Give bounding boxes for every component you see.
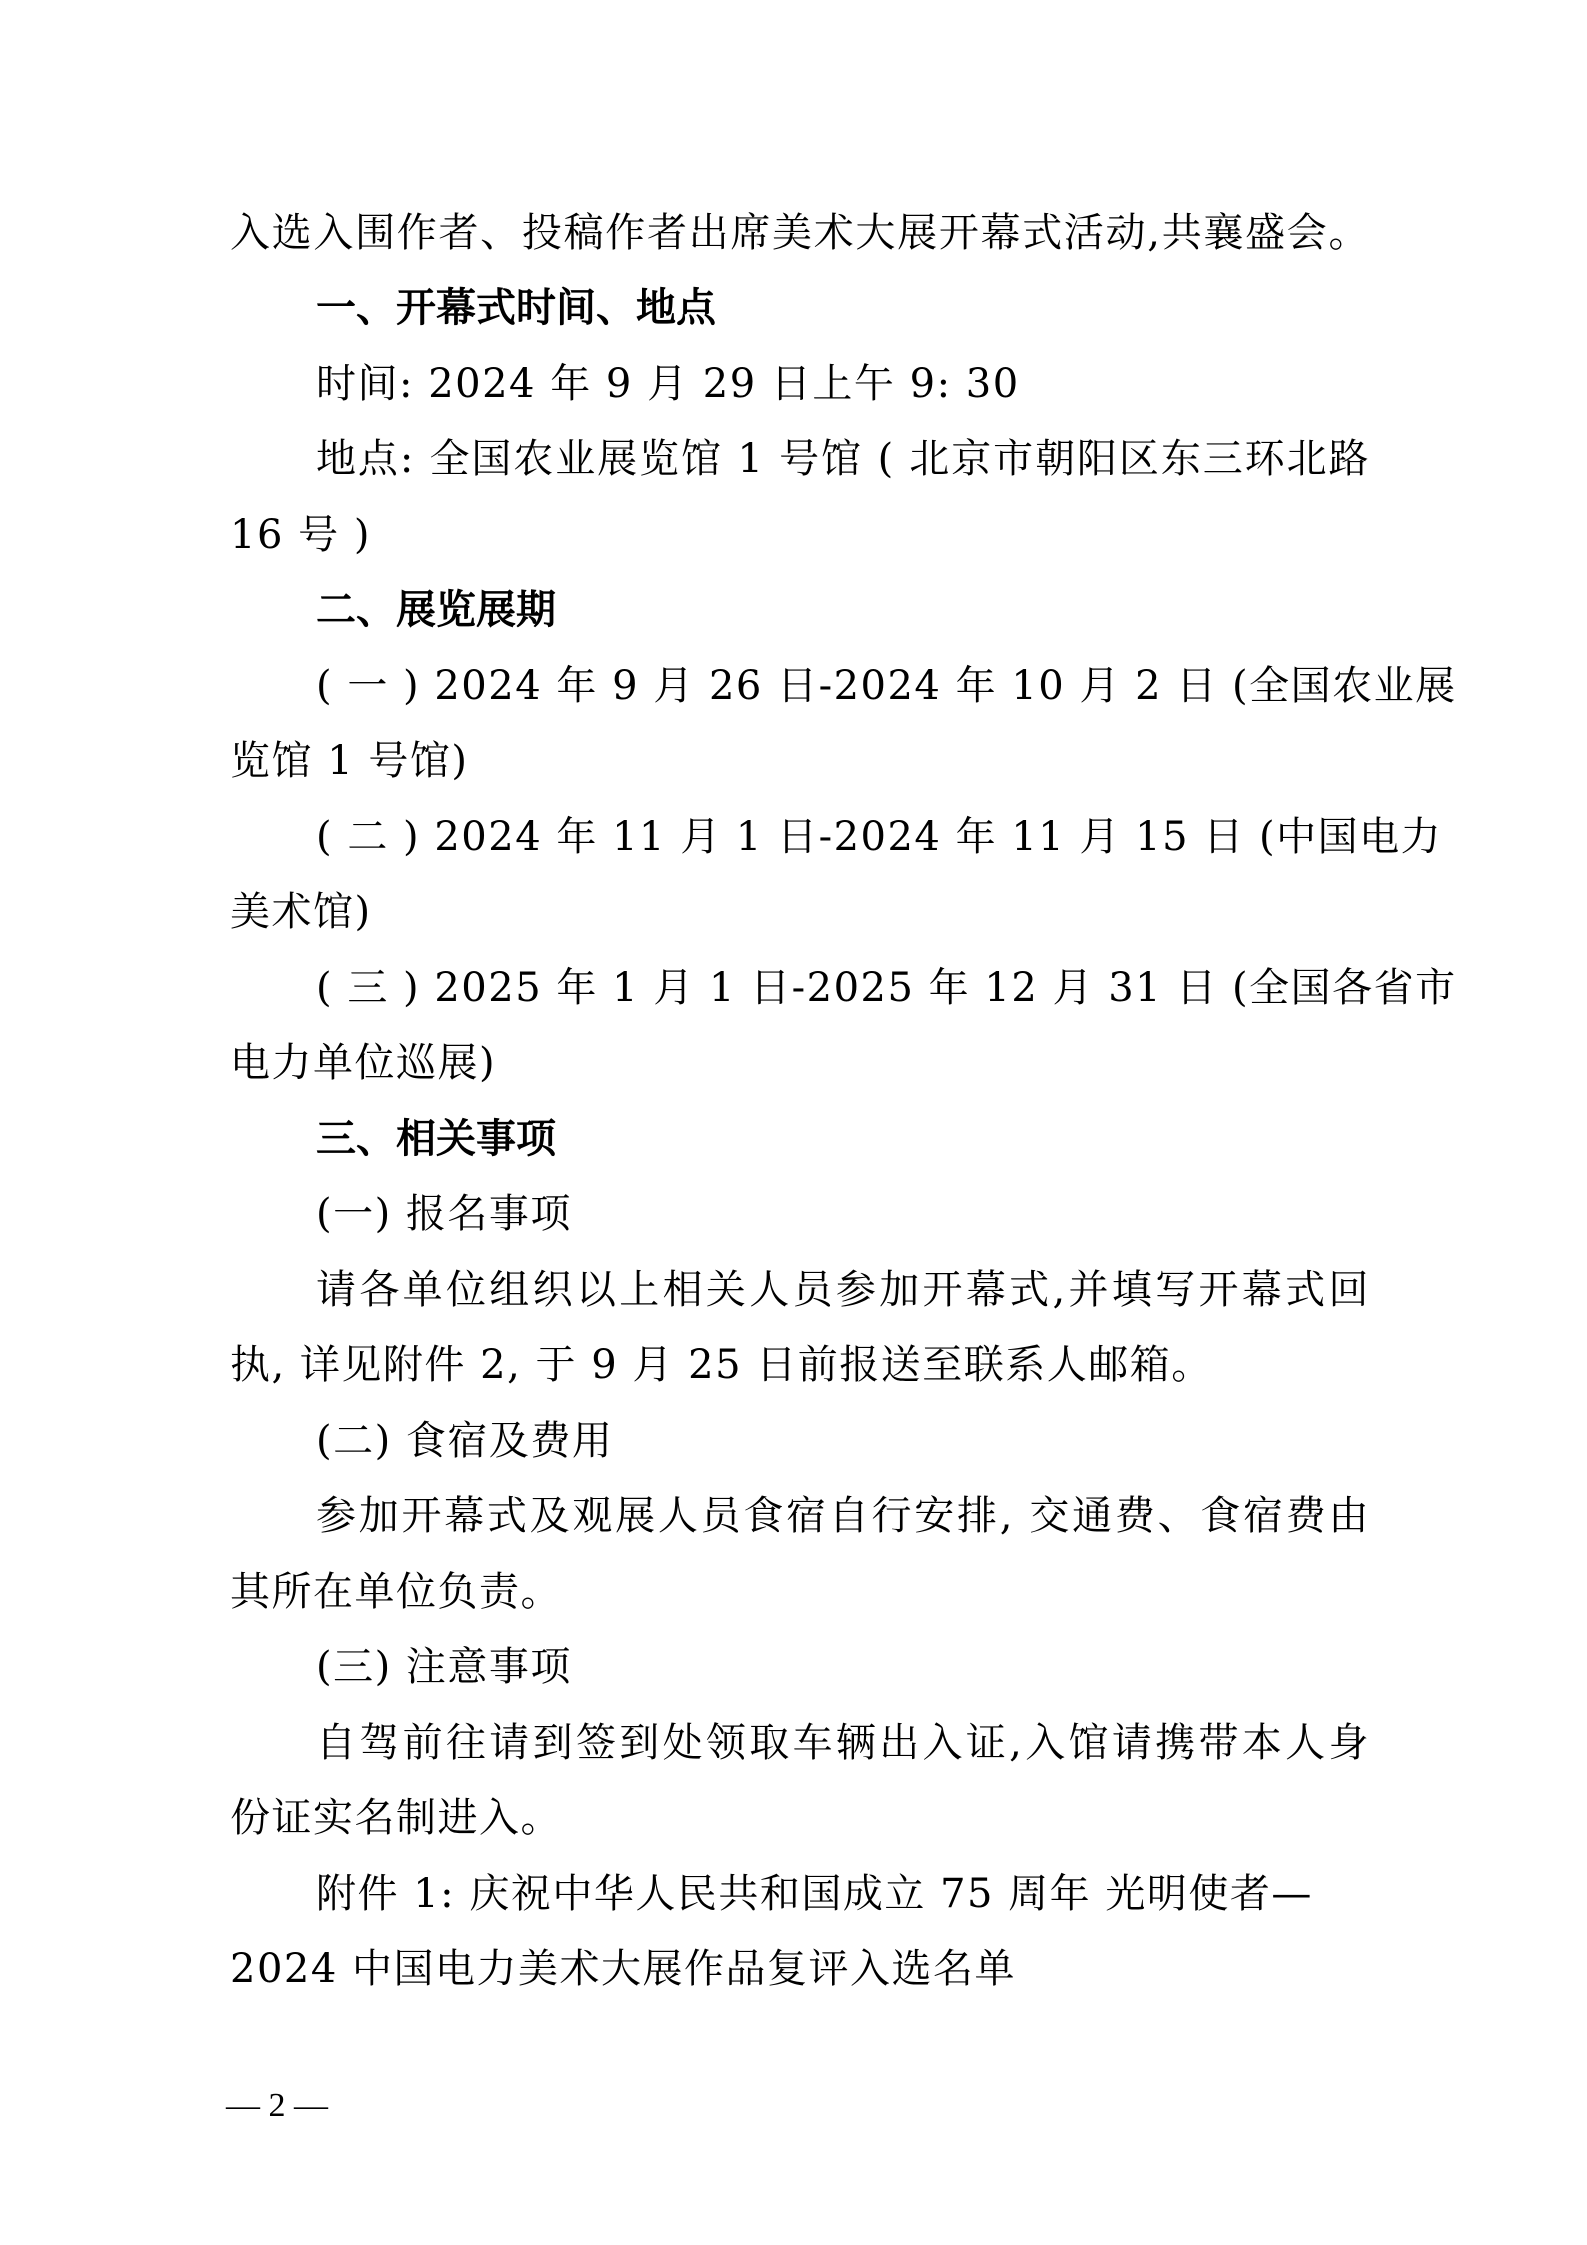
attachment-1-reference-continuation: 2024 中国电力美术大展作品复评入选名单 bbox=[230, 1945, 1370, 1993]
subheading-registration: (一) 报名事项 bbox=[316, 1190, 1370, 1238]
exhibition-period-2: ( 二 ) 2024 年 11 月 1 日-2024 年 11 月 15 日 (… bbox=[316, 813, 1370, 861]
opening-location-continuation: 16 号 ) bbox=[230, 511, 1370, 559]
subheading-accommodation-costs: (二) 食宿及费用 bbox=[316, 1417, 1370, 1465]
subheading-notes: (三) 注意事项 bbox=[316, 1643, 1370, 1691]
exhibition-period-3-continuation: 电力单位巡展) bbox=[230, 1039, 1370, 1087]
intro-paragraph-continuation: 入选入围作者、投稿作者出席美术大展开幕式活动,共襄盛会。 bbox=[230, 209, 1370, 257]
registration-paragraph-continuation: 执, 详见附件 2, 于 9 月 25 日前报送至联系人邮箱。 bbox=[230, 1341, 1370, 1389]
page-number: — 2 — bbox=[226, 2086, 328, 2126]
section-heading-exhibition-period: 二、展览展期 bbox=[316, 586, 1370, 634]
section-heading-opening-time-place: 一、开幕式时间、地点 bbox=[316, 284, 1370, 332]
notes-paragraph-continuation: 份证实名制进入。 bbox=[230, 1794, 1370, 1842]
exhibition-period-1: ( 一 ) 2024 年 9 月 26 日-2024 年 10 月 2 日 (全… bbox=[316, 662, 1370, 710]
exhibition-period-3: ( 三 ) 2025 年 1 月 1 日-2025 年 12 月 31 日 (全… bbox=[316, 964, 1370, 1012]
registration-paragraph: 请各单位组织以上相关人员参加开幕式,并填写开幕式回 bbox=[316, 1266, 1370, 1314]
exhibition-period-2-continuation: 美术馆) bbox=[230, 888, 1370, 936]
section-heading-related-matters: 三、相关事项 bbox=[316, 1115, 1370, 1163]
attachment-1-reference: 附件 1: 庆祝中华人民共和国成立 75 周年 光明使者— bbox=[316, 1870, 1370, 1918]
accommodation-paragraph-continuation: 其所在单位负责。 bbox=[230, 1568, 1370, 1616]
notes-paragraph: 自驾前往请到签到处领取车辆出入证,入馆请携带本人身 bbox=[316, 1719, 1370, 1767]
document-page: 入选入围作者、投稿作者出席美术大展开幕式活动,共襄盛会。 一、开幕式时间、地点 … bbox=[0, 0, 1587, 2245]
exhibition-period-1-continuation: 览馆 1 号馆) bbox=[230, 737, 1370, 785]
opening-time: 时间: 2024 年 9 月 29 日上午 9: 30 bbox=[316, 360, 1370, 408]
opening-location: 地点: 全国农业展览馆 1 号馆 ( 北京市朝阳区东三环北路 bbox=[316, 435, 1370, 483]
accommodation-paragraph: 参加开幕式及观展人员食宿自行安排, 交通费、食宿费由 bbox=[316, 1492, 1370, 1540]
